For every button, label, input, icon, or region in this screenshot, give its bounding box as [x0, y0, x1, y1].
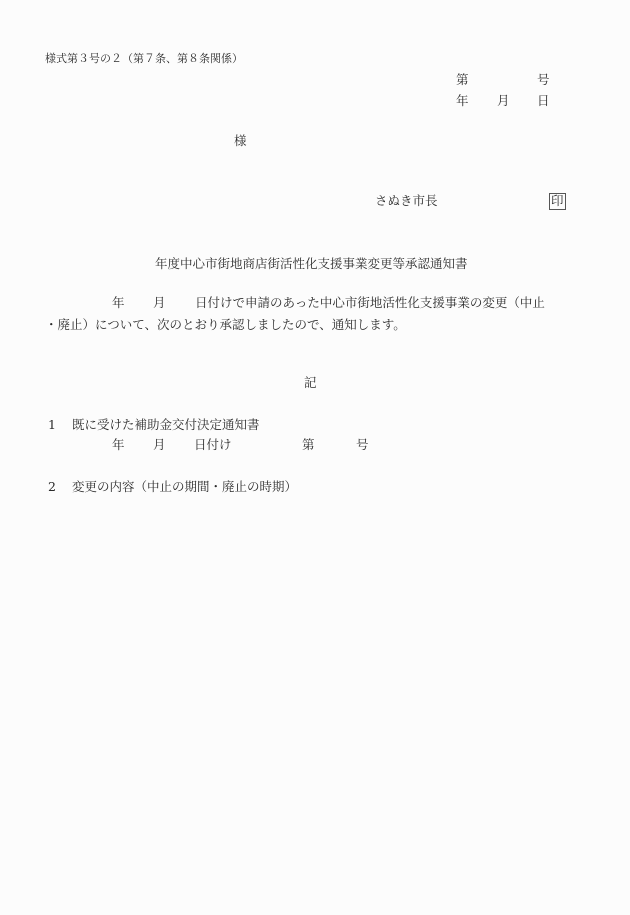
- item-2-number: 2: [48, 481, 56, 494]
- number-suffix: 号: [537, 74, 550, 87]
- ki-heading: 記: [304, 377, 317, 390]
- document-title: 年度中心市街地商店街活性化支援事業変更等承認通知書: [155, 258, 468, 271]
- issuer-name: さぬき市長: [375, 195, 438, 208]
- date-day: 日: [537, 95, 550, 108]
- seal-mark: 印: [549, 193, 566, 210]
- item-2-label: 変更の内容（中止の期間・廃止の時期）: [72, 481, 297, 494]
- date-month: 月: [497, 95, 510, 108]
- item-1-year: 年: [112, 439, 125, 452]
- body-line2: ・廃止）について、次のとおり承認しましたので、通知します。: [45, 319, 406, 332]
- item-1-month: 月: [153, 439, 166, 452]
- item-1-number-suffix: 号: [356, 439, 369, 452]
- item-1-number: 1: [48, 419, 56, 432]
- item-1-label: 既に受けた補助金交付決定通知書: [72, 419, 260, 432]
- item-1-number-prefix: 第: [302, 439, 315, 452]
- body-month: 月: [153, 297, 166, 310]
- item-1-day: 日付け: [194, 439, 232, 452]
- number-prefix: 第: [456, 74, 469, 87]
- date-year: 年: [456, 95, 469, 108]
- body-year: 年: [112, 297, 125, 310]
- addressee-suffix: 様: [234, 135, 247, 148]
- form-label: 様式第３号の２（第７条、第８条関係）: [45, 53, 243, 64]
- body-line1: 日付けで申請のあった中心市街地活性化支援事業の変更（中止: [195, 297, 545, 310]
